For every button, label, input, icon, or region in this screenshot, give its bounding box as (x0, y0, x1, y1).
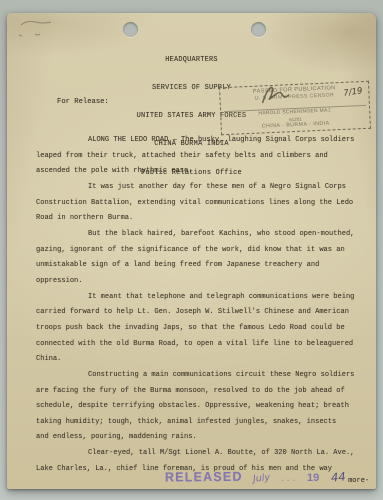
censor-stamp: PASSED FOR PUBLICATION U. S. ARMY PRESS … (219, 81, 371, 135)
released-stamp: RELEASED (165, 469, 243, 484)
body-line: Constructing a main communications circu… (36, 368, 356, 384)
for-release-label: For Release: (57, 98, 109, 106)
punch-hole-left (123, 22, 138, 37)
body-line: ALONG THE LEDO ROAD — The husky, laughin… (36, 133, 356, 149)
body-line: leaped from their truck, attached their … (36, 149, 356, 165)
released-month-handwriting: July (253, 472, 271, 485)
body-line: Clear-eyed, tall M/Sgt Lionel A. Boutte,… (36, 446, 356, 462)
body-line: oppression. (36, 274, 356, 290)
body-line: Road in northern Burma. (36, 211, 356, 227)
body-line: schedule, despite terrifying obstacles. … (36, 399, 356, 415)
body-line: Construction Battalion, extending vital … (36, 196, 356, 212)
body-line: carried forward to help Lt. Gen. Joseph … (36, 305, 356, 321)
body-line: taking humidity; tough, thick, animal in… (36, 415, 356, 431)
body-line: and endless, pouring, maddening rains. (36, 430, 356, 446)
body-line: troops push back the invading Japs, so t… (36, 321, 356, 337)
document-page: HEADQUARTERS SERVICES OF SUPPLY UNITED S… (7, 13, 376, 489)
body-line: It meant that telephone and telegraph co… (36, 290, 356, 306)
released-stamp-row: RELEASED July ... 19 44 more- (165, 468, 376, 486)
body-line: But the black haired, barefoot Kachins, … (36, 227, 356, 243)
photographed-document: HEADQUARTERS SERVICES OF SUPPLY UNITED S… (0, 0, 383, 500)
released-dots: ... (280, 475, 297, 484)
more-continuation-label: more- (348, 477, 369, 485)
released-year-handwriting: 44 (330, 469, 346, 484)
body-line: connected with the old Burma Road, to op… (36, 337, 356, 353)
censor-signature-icon (254, 81, 301, 109)
body-line: China. (36, 352, 356, 368)
body-line: It was just another day for these men of… (36, 180, 356, 196)
body-line: unmistakable sign of a land being freed … (36, 258, 356, 274)
body-line: are facing the fury of the Burma monsoon… (36, 384, 356, 400)
punch-hole-right (251, 22, 266, 37)
released-day: 19 (307, 472, 319, 484)
letterhead-line: HEADQUARTERS (7, 56, 376, 65)
body-line: ascended the pole with rhythmic ease. (36, 164, 356, 180)
body-text: ALONG THE LEDO ROAD — The husky, laughin… (36, 133, 356, 477)
body-line: gazing, ignorant of the significance of … (36, 243, 356, 259)
